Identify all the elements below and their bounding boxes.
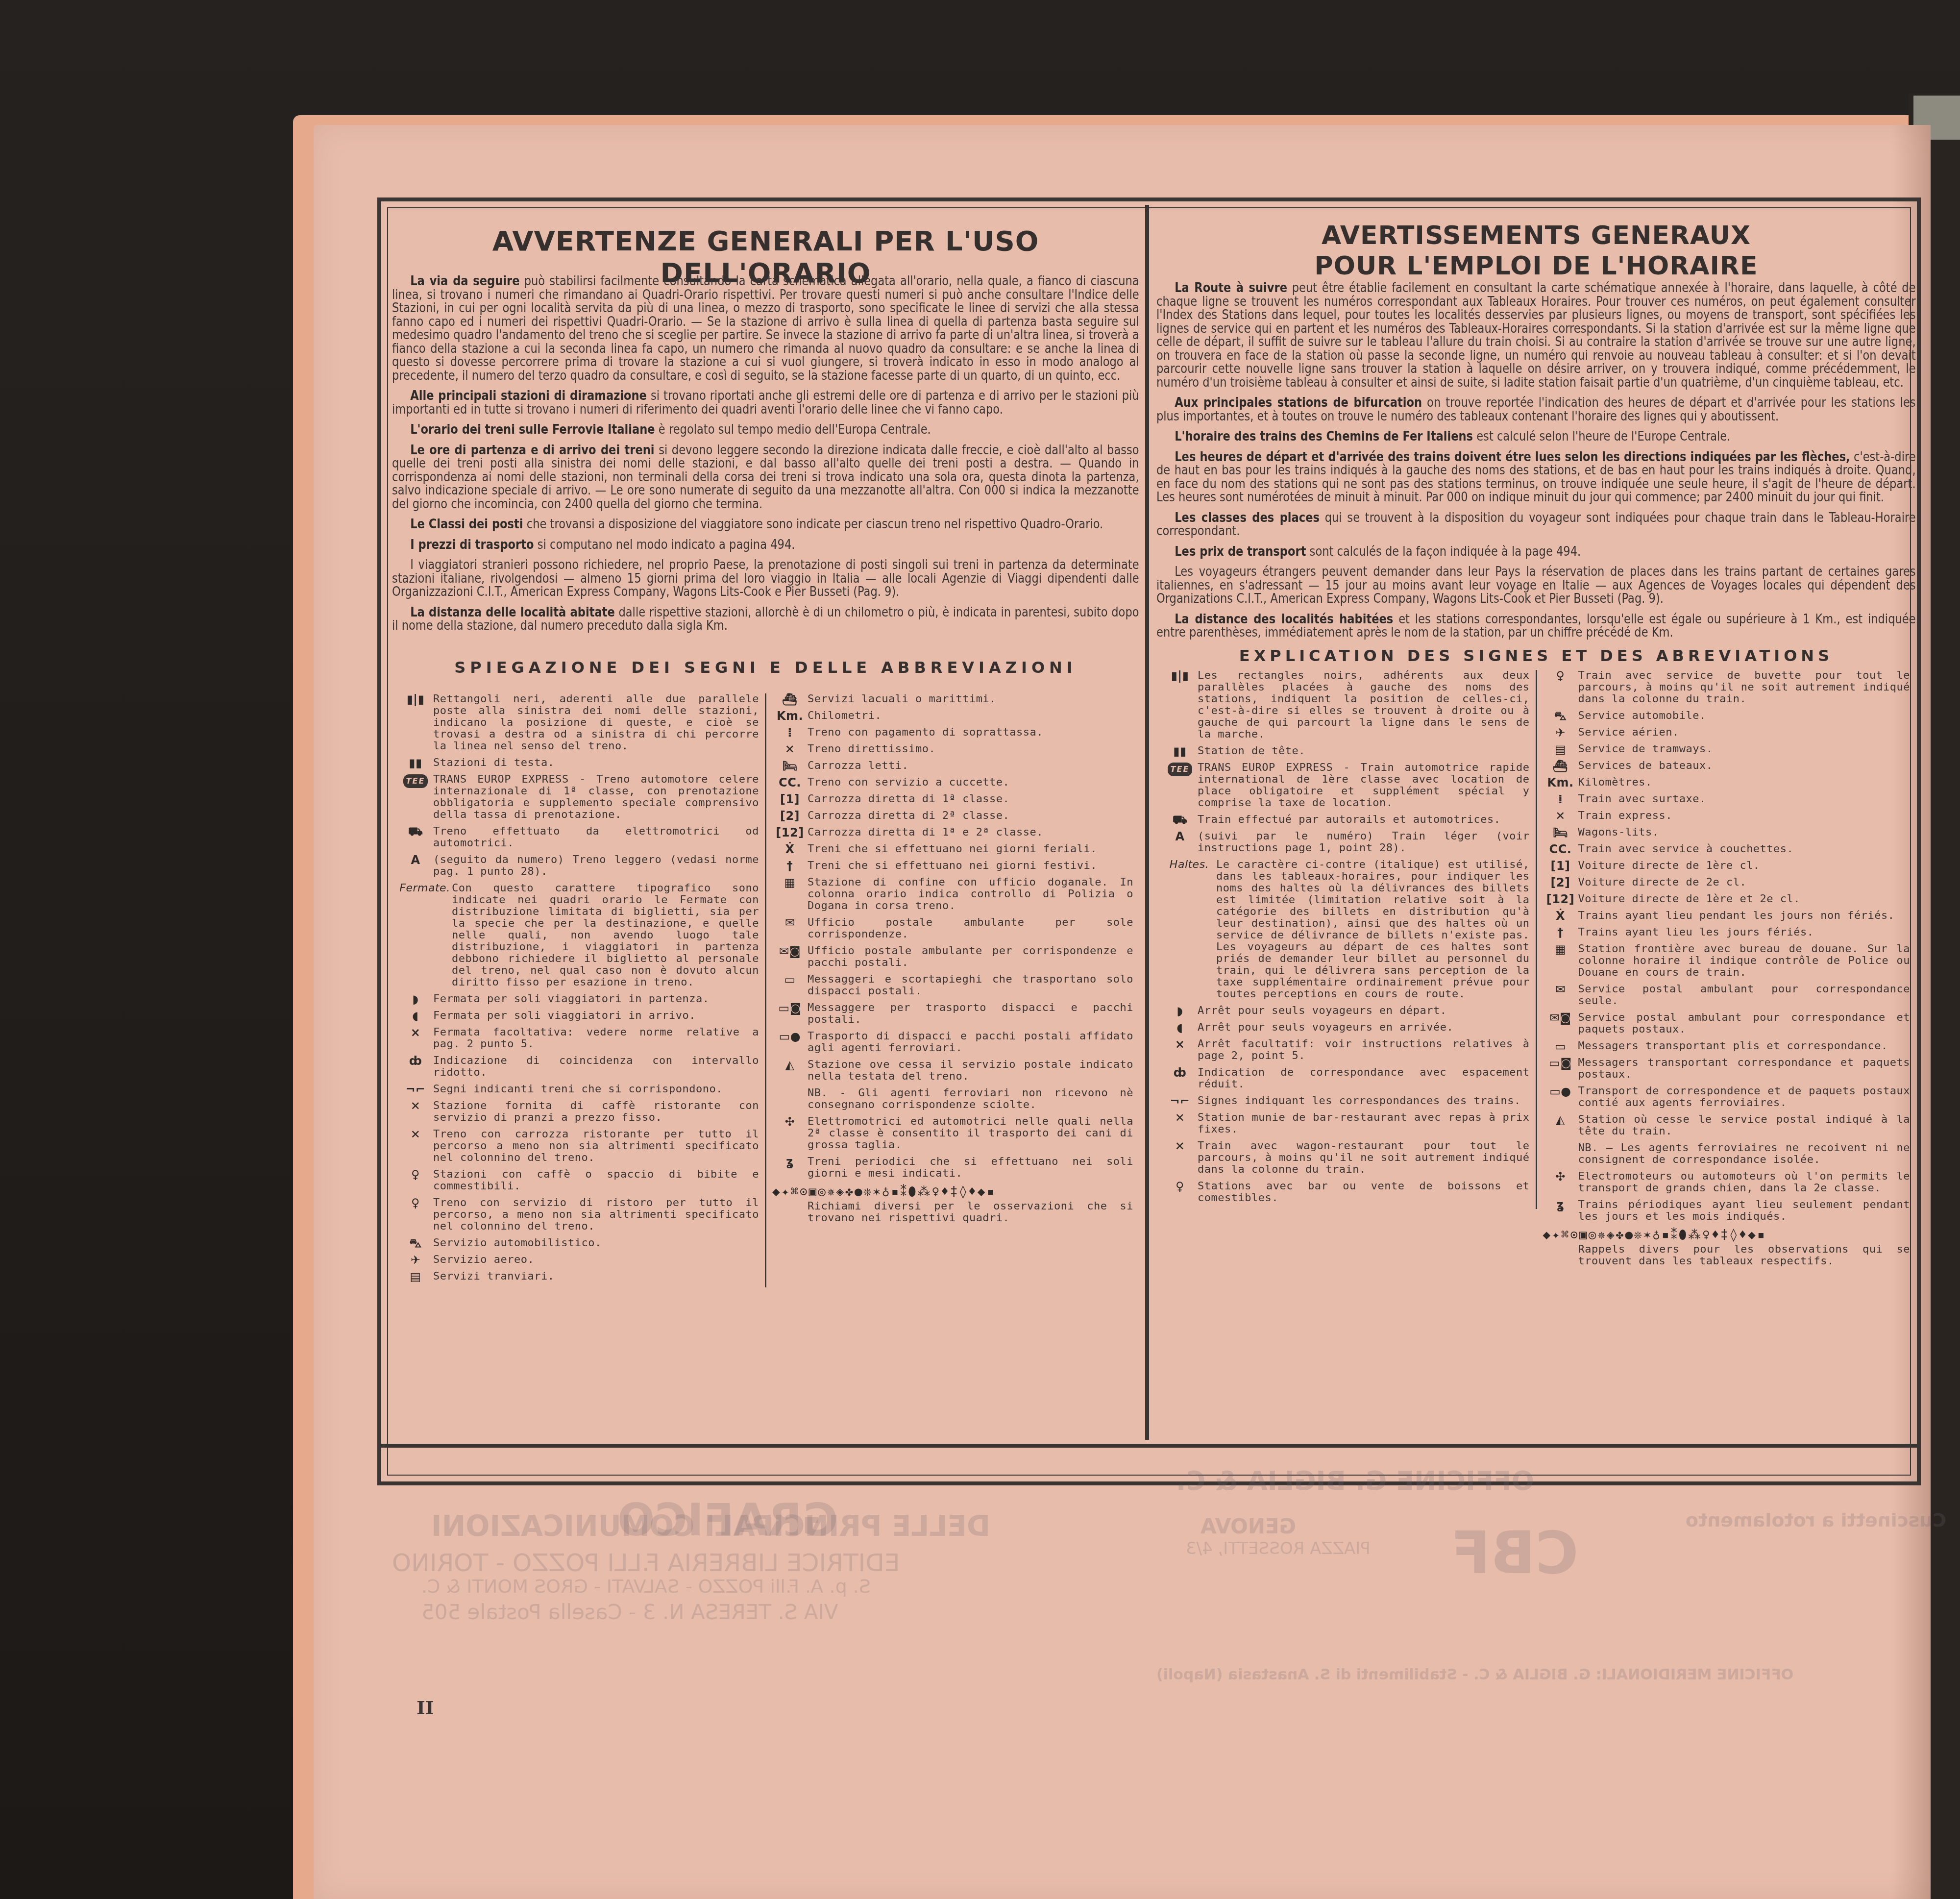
legend-item: ✣Elettromotrici ed automotrici nelle qua… — [772, 1116, 1133, 1151]
legend-description: Fermata facoltativa: vedere norme relati… — [433, 1027, 759, 1050]
paragraph-body: si computano nel modo indicato a pagina … — [534, 537, 795, 552]
legend-description: Treno direttissimo. — [808, 743, 1133, 755]
arrival-only-icon: ◖ — [1162, 1022, 1198, 1034]
letter-a-icon: A — [398, 854, 433, 866]
legend-description: (seguito da numero) Treno leggero (vedas… — [433, 854, 759, 878]
legend-description: Trasporto di dispacci e pacchi postali a… — [808, 1031, 1133, 1054]
legend-description: Treno con pagamento di soprattassa. — [808, 727, 1133, 739]
legend-item: A(suivi par le numéro) Train léger (voir… — [1162, 831, 1530, 854]
through-coach-12-icon: [12] — [772, 827, 808, 839]
sleeping-car-icon: 🛏 — [1543, 827, 1578, 839]
column-divider — [1145, 205, 1149, 1440]
ad-divider — [377, 1444, 1921, 1448]
legend-item: ✉◙Ufficio postale ambulante per corrispo… — [772, 945, 1133, 969]
legend-item: ▮|▮Rettangoli neri, aderenti alle due pa… — [398, 693, 759, 752]
dining-car-icon: ✕ — [398, 1129, 433, 1140]
legend-item: ⛟Treno effettuato da elettromotrici od a… — [398, 826, 759, 849]
periodic-icon: ʓ — [772, 1156, 808, 1168]
italian-legend-title: SPIEGAZIONE DEI SEGNI E DELLE ABBREVIAZI… — [392, 658, 1139, 677]
dogs-allowed-icon: ✣ — [1543, 1171, 1578, 1183]
legend-description: Segni indicanti treni che si corrispondo… — [433, 1084, 759, 1095]
paragraph: L'horaire des trains des Chemins de Fer … — [1156, 430, 1916, 444]
airplane-icon: ✈ — [1543, 727, 1578, 739]
optional-stop-icon: × — [398, 1027, 433, 1038]
dogs-allowed-icon: ✣ — [772, 1116, 808, 1128]
legend-item: ✕Train express. — [1543, 810, 1911, 822]
italian-legend-left: ▮|▮Rettangoli neri, aderenti alle due pa… — [392, 693, 766, 1287]
legend-description: Service de tramways. — [1578, 743, 1911, 755]
legend-description: Ufficio postale ambulante per corrispond… — [808, 945, 1133, 969]
paragraph-body: sont calculés de la façon indiquée à la … — [1306, 544, 1581, 559]
legend-description: Les rectangles noirs, adhérents aux deux… — [1198, 670, 1530, 740]
legend-description: Chilometri. — [808, 710, 1133, 722]
legend-description: Station frontière avec bureau de douane.… — [1578, 943, 1911, 979]
paragraph: Le ore di partenza e di arrivo dei treni… — [392, 444, 1139, 511]
paragraph-lead: Le Classi dei posti — [410, 517, 523, 532]
letter-a-icon: A — [1162, 831, 1198, 842]
paragraph-body: che trovansi a disposizione del viaggiat… — [523, 517, 1103, 532]
legend-item: NB. - Gli agenti ferroviari non ricevono… — [772, 1087, 1133, 1111]
through-coach-12-icon: [12] — [1543, 893, 1578, 905]
refreshment-icon: ♀ — [398, 1197, 433, 1209]
legend-description: NB. — Les agents ferroviaires ne recoive… — [1578, 1142, 1911, 1166]
legend-description: Kilomètres. — [1578, 777, 1911, 789]
legend-item: ȸIndication de correspondance avec espac… — [1162, 1067, 1530, 1090]
legend-description: Messagers transportant correspondance et… — [1578, 1057, 1911, 1081]
legend-description: Signes indiquant les correspondances des… — [1198, 1095, 1530, 1107]
through-coach-1-icon: [1] — [772, 793, 808, 805]
legend-item: ♀Treno con servizio di ristoro per tutto… — [398, 1197, 759, 1233]
station-position-icon: ▮|▮ — [398, 693, 433, 705]
french-title: AVERTISSEMENTS GENERAUX POUR L'EMPLOI DE… — [1156, 211, 1916, 281]
legend-item: ◗Fermata per soli viaggiatori in partenz… — [398, 993, 759, 1005]
legend-description: Trains ayant lieu pendant les jours non … — [1578, 910, 1911, 922]
italian-paragraphs: La via da seguire può stabilirsi facilme… — [392, 274, 1139, 633]
paragraph-lead: Le ore di partenza e di arrivo dei treni — [410, 443, 654, 458]
legend-item: ▭◙Messagers transportant correspondance … — [1543, 1057, 1911, 1081]
legend-description: Treni che si effettuano nei giorni festi… — [808, 860, 1133, 872]
legend-item: ◖Fermata per soli viaggiatori in arrivo. — [398, 1010, 759, 1022]
legend-description: Voiture directe de 1ère et 2e cl. — [1578, 893, 1911, 905]
legend-description: Carrozza diretta di 1ª e 2ª classe. — [808, 827, 1133, 839]
paragraph-body: est calculé selon l'heure de l'Europe Ce… — [1473, 429, 1730, 444]
legend-description: Voiture directe de 2e cl. — [1578, 877, 1911, 888]
callout-symbols-icon: ◆✦⌘⊙▣◎✵◈✤●❊✶♁▪⁑⬮⁂♀♦‡◊♦◆▪ — [772, 1184, 1133, 1200]
legend-description: Arrêt pour seuls voyageurs en départ. — [1198, 1005, 1530, 1017]
weekday-icon: Ẋ — [772, 843, 808, 855]
legend-description: TRANS EUROP EXPRESS - Treno automotore c… — [433, 774, 759, 821]
legend-item: ẊTreni che si effettuano nei giorni feri… — [772, 843, 1133, 855]
legend-item: ʓTrains périodiques ayant lieu seulement… — [1543, 1199, 1911, 1223]
legend-description: Arrêt facultatif: voir instructions rela… — [1198, 1038, 1530, 1062]
legend-item: TEETRANS EUROP EXPRESS - Treno automotor… — [398, 774, 759, 821]
legend-item: ✉Service postal ambulant pour correspond… — [1543, 984, 1911, 1007]
legend-description: Treno con carrozza ristorante per tutto … — [433, 1129, 759, 1164]
legend-description: Fermata per soli viaggiatori in partenza… — [433, 993, 759, 1005]
paragraph: Les classes des places qui se trouvent à… — [1156, 511, 1916, 538]
through-coach-2-icon: [2] — [1543, 877, 1578, 888]
tram-icon: ▤ — [1543, 743, 1578, 755]
ghost-line: OFFICINE G. BIGLIA & C. — [1176, 1465, 1534, 1496]
legend-description: (suivi par le numéro) Train léger (voir … — [1198, 831, 1530, 854]
bus-icon: ⛍ — [398, 1237, 433, 1249]
connection-sign-icon: ¬⌐ — [1162, 1095, 1198, 1107]
railcar-icon: ⛟ — [398, 826, 433, 838]
weekday-icon: Ẋ — [1543, 910, 1578, 922]
legend-item: ♀Stations avec bar ou vente de boissons … — [1162, 1181, 1530, 1204]
tram-icon: ▤ — [398, 1271, 433, 1282]
legend-item: ◖Arrêt pour seuls voyageurs en arrivée. — [1162, 1022, 1530, 1034]
legend-item: 🛏Wagons-lits. — [1543, 827, 1911, 839]
paragraph: Alle principali stazioni di diramazione … — [392, 389, 1139, 416]
french-title-line2: POUR L'EMPLOI DE L'HORAIRE — [1315, 251, 1758, 281]
legend-item: †Trains ayant lieu les jours fériés. — [1543, 927, 1911, 938]
legend-description: NB. - Gli agenti ferroviari non ricevono… — [808, 1087, 1133, 1111]
paragraph-lead: La via da seguire — [410, 273, 519, 289]
legend-description: Servizi tranviari. — [433, 1271, 759, 1282]
arrival-only-icon: ◖ — [398, 1010, 433, 1022]
french-legend-title: EXPLICATION DES SIGNES ET DES ABREVIATIO… — [1156, 646, 1916, 665]
legend-item: ¬⌐Segni indicanti treni che si corrispon… — [398, 1084, 759, 1095]
legend-description: Treno effettuato da elettromotrici od au… — [433, 826, 759, 849]
legend-description: Service aérien. — [1578, 727, 1911, 739]
legend-item: ▦Stazione di confine con ufficio doganal… — [772, 877, 1133, 912]
paragraph: L'orario dei treni sulle Ferrovie Italia… — [392, 423, 1139, 437]
italian-legend: ▮|▮Rettangoli neri, aderenti alle due pa… — [392, 693, 1139, 1287]
restaurant-station-icon: ✕ — [1162, 1112, 1198, 1124]
legend-description: TRANS EUROP EXPRESS - Train automotrice … — [1198, 762, 1530, 809]
ghost-line: VIA S. TERESA N. 3 - Casella Postale 505 — [421, 1600, 838, 1624]
legend-description: Wagons-lits. — [1578, 827, 1911, 839]
legend-item: ▭●Trasporto di dispacci e pacchi postali… — [772, 1031, 1133, 1054]
messenger-icon: ▭ — [772, 974, 808, 986]
legend-item: ✕Treno con carrozza ristorante per tutto… — [398, 1129, 759, 1164]
legend-description: Servizio aereo. — [433, 1254, 759, 1266]
ghost-line: PIAZZA ROSSETTI, 4/3 — [1186, 1539, 1371, 1558]
short-connection-icon: ȸ — [1162, 1067, 1198, 1079]
legend-item: ✕Stazione fornita di caffè ristorante co… — [398, 1100, 759, 1124]
mail-parcel-icon: ✉◙ — [772, 945, 808, 957]
paragraph-body: I viaggiatori stranieri possono richiede… — [392, 557, 1139, 599]
legend-item: ⛟Train effectué par autorails et automot… — [1162, 814, 1530, 826]
legend-item: †Treni che si effettuano nei giorni fest… — [772, 860, 1133, 872]
french-legend: ▮|▮Les rectangles noirs, adhérents aux d… — [1156, 670, 1916, 1272]
ghost-line: DELLE PRINCIPALI COMUNICAZIONI — [431, 1509, 990, 1543]
legend-description: Carrozza diretta di 2ª classe. — [808, 810, 1133, 822]
legend-item: [2]Voiture directe de 2e cl. — [1543, 877, 1911, 888]
legend-item: TEETRANS EUROP EXPRESS - Train automotri… — [1162, 762, 1530, 809]
legend-item: [1]Carrozza diretta di 1ª classe. — [772, 793, 1133, 805]
legend-item: ✈Service aérien. — [1543, 727, 1911, 739]
messenger-parcel-icon: ▭◙ — [1543, 1057, 1578, 1069]
legend-description: Fermata per soli viaggiatori in arrivo. — [433, 1010, 759, 1022]
legend-description: Messaggeri e scortapieghi che trasportan… — [808, 974, 1133, 997]
holiday-icon: † — [772, 860, 808, 872]
legend-description: Stazioni con caffè o spaccio di bibite e… — [433, 1169, 759, 1192]
departure-only-icon: ◗ — [398, 993, 433, 1005]
callout-symbols-icon: ◆✦⌘⊙▣◎✵◈✤●❊✶♁▪⁑⬮⁂♀♦‡◊♦◆▪ — [1543, 1228, 1911, 1243]
legend-item: ◗Arrêt pour seuls voyageurs en départ. — [1162, 1005, 1530, 1017]
italic-halt-icon: Haltes. — [1162, 859, 1216, 871]
ghost-line: GENOVA — [1200, 1514, 1296, 1538]
paragraph-body: può stabilirsi facilmente consultando la… — [392, 273, 1139, 383]
legend-item: ▮▮Stazioni di testa. — [398, 757, 759, 769]
mail-parcel-icon: ✉◙ — [1543, 1012, 1578, 1024]
french-legend-left: ▮|▮Les rectangles noirs, adhérents aux d… — [1156, 670, 1537, 1209]
paragraph-lead: La distanza delle località abitate — [410, 605, 615, 620]
legend-description: Train effectué par autorails et automotr… — [1198, 814, 1530, 826]
legend-item: NB. — Les agents ferroviaires ne recoive… — [1543, 1142, 1911, 1166]
paragraph-lead: L'horaire des trains des Chemins de Fer … — [1175, 429, 1473, 444]
legend-item: ȸIndicazione di coincidenza con interval… — [398, 1055, 759, 1079]
paragraph-lead: La distance des localités habitées — [1175, 612, 1393, 627]
customs-icon: ▦ — [1543, 943, 1578, 955]
legend-description: Trains ayant lieu les jours fériés. — [1578, 927, 1911, 938]
mail-icon: ✉ — [772, 917, 808, 929]
legend-description: Train avec surtaxe. — [1578, 793, 1911, 805]
legend-item: ◭Stazione ove cessa il servizio postale … — [772, 1059, 1133, 1083]
italian-title: AVVERTENZE GENERALI PER L'USO DELL'ORARI… — [392, 211, 1139, 274]
legend-item: ▭◙Messaggere per trasporto dispacci e pa… — [772, 1002, 1133, 1026]
legend-description: Station où cesse le service postal indiq… — [1578, 1114, 1911, 1137]
legend-description: Rettangoli neri, aderenti alle due paral… — [433, 693, 759, 752]
tee-icon: TEE — [398, 774, 433, 788]
paragraph-lead: Les heures de départ et d'arrivée des tr… — [1175, 449, 1850, 465]
legend-item: ¬⌐Signes indiquant les correspondances d… — [1162, 1095, 1530, 1107]
legend-description: Treno con servizio di ristoro per tutto … — [433, 1197, 759, 1233]
callout-description: Rappels divers pour les observations qui… — [1543, 1244, 1911, 1267]
legend-item: ⛴Servizi lacuali o marittimi. — [772, 693, 1133, 705]
french-title-line1: AVERTISSEMENTS GENERAUX — [1322, 221, 1751, 250]
legend-description: Stazione di confine con ufficio doganale… — [808, 877, 1133, 912]
legend-description: Stazione fornita di caffè ristorante con… — [433, 1100, 759, 1124]
surcharge-icon: ⁞ — [772, 727, 808, 739]
callout-description: Richiami diversi per le osservazioni che… — [772, 1201, 1133, 1224]
optional-stop-icon: × — [1162, 1038, 1198, 1050]
legend-description: Services de bateaux. — [1578, 760, 1911, 772]
departure-only-icon: ◗ — [1162, 1005, 1198, 1017]
mail-icon: ✉ — [1543, 984, 1578, 995]
legend-item: ✈Servizio aereo. — [398, 1254, 759, 1266]
restaurant-station-icon: ✕ — [398, 1100, 433, 1112]
legend-item: ✕Treno direttissimo. — [772, 743, 1133, 755]
legend-description: Servizio automobilistico. — [433, 1237, 759, 1249]
paragraph-lead: La Route à suivre — [1175, 280, 1287, 296]
railway-agent-mail-icon: ▭● — [1543, 1085, 1578, 1097]
legend-item: ▤Service de tramways. — [1543, 743, 1911, 755]
legend-description: Train avec service à couchettes. — [1578, 843, 1911, 855]
ghost-line: Cuscinetti a rotolamento — [1686, 1509, 1946, 1531]
legend-item: ✣Electromoteurs ou automoteurs où l'on p… — [1543, 1171, 1911, 1194]
km-icon: Km. — [1543, 777, 1578, 789]
legend-description: Ufficio postale ambulante per sole corri… — [808, 917, 1133, 940]
legend-item: ▭Messagers transportant plis et correspo… — [1543, 1040, 1911, 1052]
legend-item: CC.Train avec service à couchettes. — [1543, 843, 1911, 855]
legend-item: ⛍Servizio automobilistico. — [398, 1237, 759, 1249]
legend-item: Haltes.Le caractère ci-contre (italique)… — [1162, 859, 1530, 1000]
legend-description: Train avec service de buvette pour tout … — [1578, 670, 1911, 705]
legend-description: Service postal ambulant pour corresponda… — [1578, 1012, 1911, 1036]
paragraph: I viaggiatori stranieri possono richiede… — [392, 558, 1139, 599]
legend-item: ▭Messaggeri e scortapieghi che trasporta… — [772, 974, 1133, 997]
legend-description: Train express. — [1578, 810, 1911, 822]
paragraph: Les heures de départ et d'arrivée des tr… — [1156, 450, 1916, 504]
legend-description: Servizi lacuali o marittimi. — [808, 693, 1133, 705]
legend-item: [12]Carrozza diretta di 1ª e 2ª classe. — [772, 827, 1133, 839]
legend-description: Station munie de bar-restaurant avec rep… — [1198, 1112, 1530, 1135]
legend-item: ⁞Train avec surtaxe. — [1543, 793, 1911, 805]
italian-column: AVVERTENZE GENERALI PER L'USO DELL'ORARI… — [392, 211, 1139, 1287]
legend-item: ♀Train avec service de buvette pour tout… — [1543, 670, 1911, 705]
italic-stop-icon: Fermate. — [398, 883, 452, 894]
legend-item: 🛏Carrozza letti. — [772, 760, 1133, 772]
legend-description: Stations avec bar ou vente de boissons e… — [1198, 1181, 1530, 1204]
terminal-station-icon: ▮▮ — [1162, 745, 1198, 757]
connection-sign-icon: ¬⌐ — [398, 1084, 433, 1095]
boat-icon: ⛴ — [1543, 760, 1578, 772]
legend-description: Treno con servizio a cuccette. — [808, 777, 1133, 789]
dining-car-icon: ✕ — [1162, 1140, 1198, 1152]
legend-description: Carrozza letti. — [808, 760, 1133, 772]
legend-item: ⛴Services de bateaux. — [1543, 760, 1911, 772]
italian-legend-right: ⛴Servizi lacuali o marittimi.Km.Chilomet… — [766, 693, 1139, 1229]
refreshment-icon: ♀ — [1543, 670, 1578, 682]
french-column: AVERTISSEMENTS GENERAUX POUR L'EMPLOI DE… — [1156, 211, 1916, 1272]
express-icon: ✕ — [1543, 810, 1578, 822]
legend-item: [2]Carrozza diretta di 2ª classe. — [772, 810, 1133, 822]
short-connection-icon: ȸ — [398, 1055, 433, 1067]
paragraph: La via da seguire può stabilirsi facilme… — [392, 274, 1139, 382]
legend-item: ✕Station munie de bar-restaurant avec re… — [1162, 1112, 1530, 1135]
legend-description: Arrêt pour seuls voyageurs en arrivée. — [1198, 1022, 1530, 1034]
legend-description: Electromoteurs ou automoteurs où l'on pe… — [1578, 1171, 1911, 1194]
legend-item: ▮|▮Les rectangles noirs, adhérents aux d… — [1162, 670, 1530, 740]
legend-item: ▭●Transport de correspondence et de paqu… — [1543, 1085, 1911, 1109]
legend-item: Fermate.Con questo carattere tipografico… — [398, 883, 759, 988]
legend-description: Messaggere per trasporto dispacci e pacc… — [808, 1002, 1133, 1026]
paragraph-body: è regolato sul tempo medio dell'Europa C… — [655, 422, 931, 437]
legend-description: Messagers transportant plis et correspon… — [1578, 1040, 1911, 1052]
ghost-line: EDITRICE LIBRERIA F.LLI POZZO - TORINO — [392, 1549, 900, 1577]
legend-description: Trains périodiques ayant lieu seulement … — [1578, 1199, 1911, 1223]
legend-item: ◭Station où cesse le service postal indi… — [1543, 1114, 1911, 1137]
legend-description: Train avec wagon-restaurant pour tout le… — [1198, 1140, 1530, 1176]
legend-item: ẊTrains ayant lieu pendant les jours non… — [1543, 910, 1911, 922]
railway-agent-mail-icon: ▭● — [772, 1031, 808, 1042]
ghost-line: OFFICINE MERIDIONALI: G. BIGLIA & C. - S… — [1156, 1666, 1793, 1683]
paragraph: La distance des localités habitées et le… — [1156, 613, 1916, 640]
couchette-icon: CC. — [1543, 843, 1578, 855]
legend-item: Km.Chilometri. — [772, 710, 1133, 722]
customs-icon: ▦ — [772, 877, 808, 888]
couchette-icon: CC. — [772, 777, 808, 789]
express-icon: ✕ — [772, 743, 808, 755]
legend-item: [1]Voiture directe de 1ère cl. — [1543, 860, 1911, 872]
legend-item: ✕Train avec wagon-restaurant pour tout l… — [1162, 1140, 1530, 1176]
paragraph-lead: Les prix de transport — [1175, 544, 1306, 559]
french-legend-right: ♀Train avec service de buvette pour tout… — [1537, 670, 1916, 1272]
legend-item: CC.Treno con servizio a cuccette. — [772, 777, 1133, 789]
legend-item: ×Fermata facoltativa: vedere norme relat… — [398, 1027, 759, 1050]
legend-description: Transport de correspondence et de paquet… — [1578, 1085, 1911, 1109]
paragraph-lead: Aux principales stations de bifurcation — [1175, 395, 1422, 410]
paragraph: Les voyageurs étrangers peuvent demander… — [1156, 565, 1916, 606]
messenger-parcel-icon: ▭◙ — [772, 1002, 808, 1014]
legend-description: Service automobile. — [1578, 710, 1911, 722]
cafe-icon: ♀ — [1162, 1181, 1198, 1192]
legend-item: ▮▮Station de tête. — [1162, 745, 1530, 757]
legend-item: ✉Ufficio postale ambulante per sole corr… — [772, 917, 1133, 940]
legend-item: ʓTreni periodici che si effettuano nei s… — [772, 1156, 1133, 1180]
messenger-icon: ▭ — [1543, 1040, 1578, 1052]
through-coach-1-icon: [1] — [1543, 860, 1578, 872]
legend-item: ♀Stazioni con caffè o spaccio di bibite … — [398, 1169, 759, 1192]
legend-description: Indication de correspondance avec espace… — [1198, 1067, 1530, 1090]
legend-item: Km.Kilomètres. — [1543, 777, 1911, 789]
legend-item: [12]Voiture directe de 1ère et 2e cl. — [1543, 893, 1911, 905]
paragraph-lead: I prezzi di trasporto — [410, 537, 534, 552]
periodic-icon: ʓ — [1543, 1199, 1578, 1211]
cafe-icon: ♀ — [398, 1169, 433, 1181]
railcar-icon: ⛟ — [1162, 814, 1198, 826]
airplane-icon: ✈ — [398, 1254, 433, 1266]
paragraph-lead: Les classes des places — [1175, 510, 1320, 525]
legend-description: Con questo carattere tipografico sono in… — [452, 883, 759, 988]
ghost-line: S. p. A. F.lli POZZO - SALVATI - GROS MO… — [421, 1576, 871, 1597]
surcharge-icon: ⁞ — [1543, 793, 1578, 805]
french-paragraphs: La Route à suivre peut être établie faci… — [1156, 281, 1916, 640]
paragraph: La Route à suivre peut être établie faci… — [1156, 281, 1916, 389]
legend-item: ⁞Treno con pagamento di soprattassa. — [772, 727, 1133, 739]
station-position-icon: ▮|▮ — [1162, 670, 1198, 682]
legend-item: ▦Station frontière avec bureau de douane… — [1543, 943, 1911, 979]
ghost-line: CBF — [1450, 1519, 1579, 1587]
terminal-station-icon: ▮▮ — [398, 757, 433, 769]
legend-description: Service postal ambulant pour corresponda… — [1578, 984, 1911, 1007]
paragraph: Le Classi dei posti che trovansi a dispo… — [392, 518, 1139, 531]
paragraph: I prezzi di trasporto si computano nel m… — [392, 538, 1139, 552]
legend-description: Stazioni di testa. — [433, 757, 759, 769]
paragraph-body: Les voyageurs étrangers peuvent demander… — [1156, 564, 1916, 606]
legend-description: Le caractère ci-contre (italique) est ut… — [1216, 859, 1530, 1000]
bus-icon: ⛍ — [1543, 710, 1578, 722]
paragraph: La distanza delle località abitate dalle… — [392, 606, 1139, 633]
sleeping-car-icon: 🛏 — [772, 760, 808, 772]
legend-description: Station de tête. — [1198, 745, 1530, 757]
legend-description: Treni che si effettuano nei giorni feria… — [808, 843, 1133, 855]
paragraph-lead: L'orario dei treni sulle Ferrovie Italia… — [410, 422, 655, 437]
paragraph-lead: Alle principali stazioni di diramazione — [410, 388, 647, 403]
tee-icon: TEE — [1162, 762, 1198, 776]
legend-item: ✉◙Service postal ambulant pour correspon… — [1543, 1012, 1911, 1036]
legend-item: A(seguito da numero) Treno leggero (veda… — [398, 854, 759, 878]
paragraph: Les prix de transport sont calculés de l… — [1156, 545, 1916, 559]
paragraph-body: peut être établie facilement en consulta… — [1156, 280, 1916, 390]
legend-item: ×Arrêt facultatif: voir instructions rel… — [1162, 1038, 1530, 1062]
through-coach-2-icon: [2] — [772, 810, 808, 822]
holiday-icon: † — [1543, 927, 1578, 938]
page-number: II — [416, 1697, 434, 1719]
legend-description: Stazione ove cessa il servizio postale i… — [808, 1059, 1133, 1083]
paragraph: Aux principales stations de bifurcation … — [1156, 396, 1916, 423]
legend-item: ⛍Service automobile. — [1543, 710, 1911, 722]
legend-description: Elettromotrici ed automotrici nelle qual… — [808, 1116, 1133, 1151]
postal-end-icon: ◭ — [772, 1059, 808, 1071]
legend-description: Treni periodici che si effettuano nei so… — [808, 1156, 1133, 1180]
legend-description: Carrozza diretta di 1ª classe. — [808, 793, 1133, 805]
legend-description: Voiture directe de 1ère cl. — [1578, 860, 1911, 872]
postal-end-icon: ◭ — [1543, 1114, 1578, 1126]
